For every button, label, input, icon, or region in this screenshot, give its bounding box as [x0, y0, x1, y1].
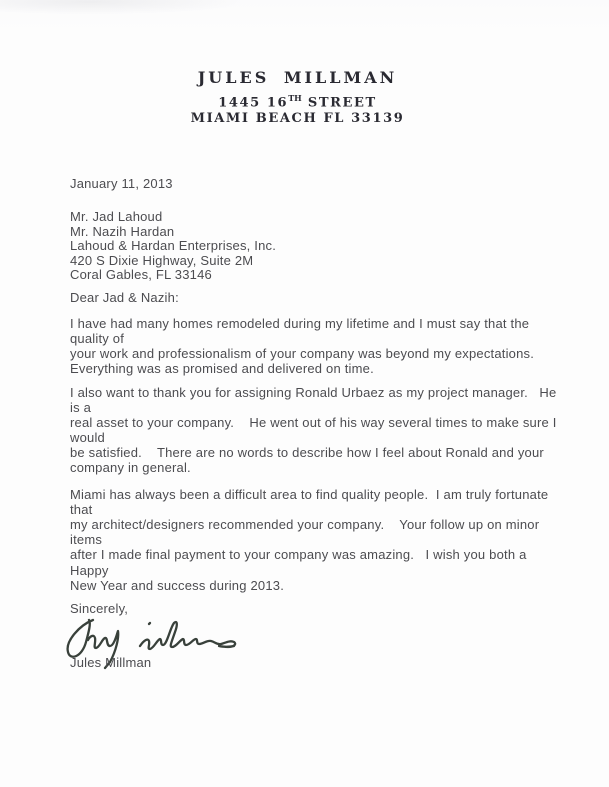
letter-body: January 11, 2013 Mr. Jad Lahoud Mr. Nazi… — [70, 176, 562, 682]
letterhead: JULES MILLMAN 1445 16TH STREET MIAMI BEA… — [0, 68, 595, 127]
signature-block: Jules Millman — [70, 616, 562, 682]
typed-signature-name: Jules Millman — [70, 655, 151, 670]
paragraph-project-manager: I also want to thank you for assigning R… — [70, 385, 562, 476]
letterhead-city: MIAMI BEACH FL 33139 — [0, 111, 595, 127]
letter-date: January 11, 2013 — [70, 176, 562, 191]
letterhead-name: JULES MILLMAN — [0, 68, 595, 87]
paragraph-quality: I have had many homes remodeled during m… — [70, 316, 562, 376]
letterhead-street: 1445 16TH STREET — [0, 90, 595, 111]
paragraph-recommendation: Miami has always been a difficult area t… — [70, 487, 562, 593]
recipient-address-block: Mr. Jad Lahoud Mr. Nazih Hardan Lahoud &… — [70, 210, 562, 283]
salutation: Dear Jad & Nazih: — [70, 290, 562, 305]
letterhead-street-number: 1445 16 — [218, 95, 288, 110]
letterhead-street-name: STREET — [302, 95, 377, 110]
letter-page: JULES MILLMAN 1445 16TH STREET MIAMI BEA… — [0, 0, 609, 787]
letterhead-street-ordinal: TH — [288, 93, 302, 103]
